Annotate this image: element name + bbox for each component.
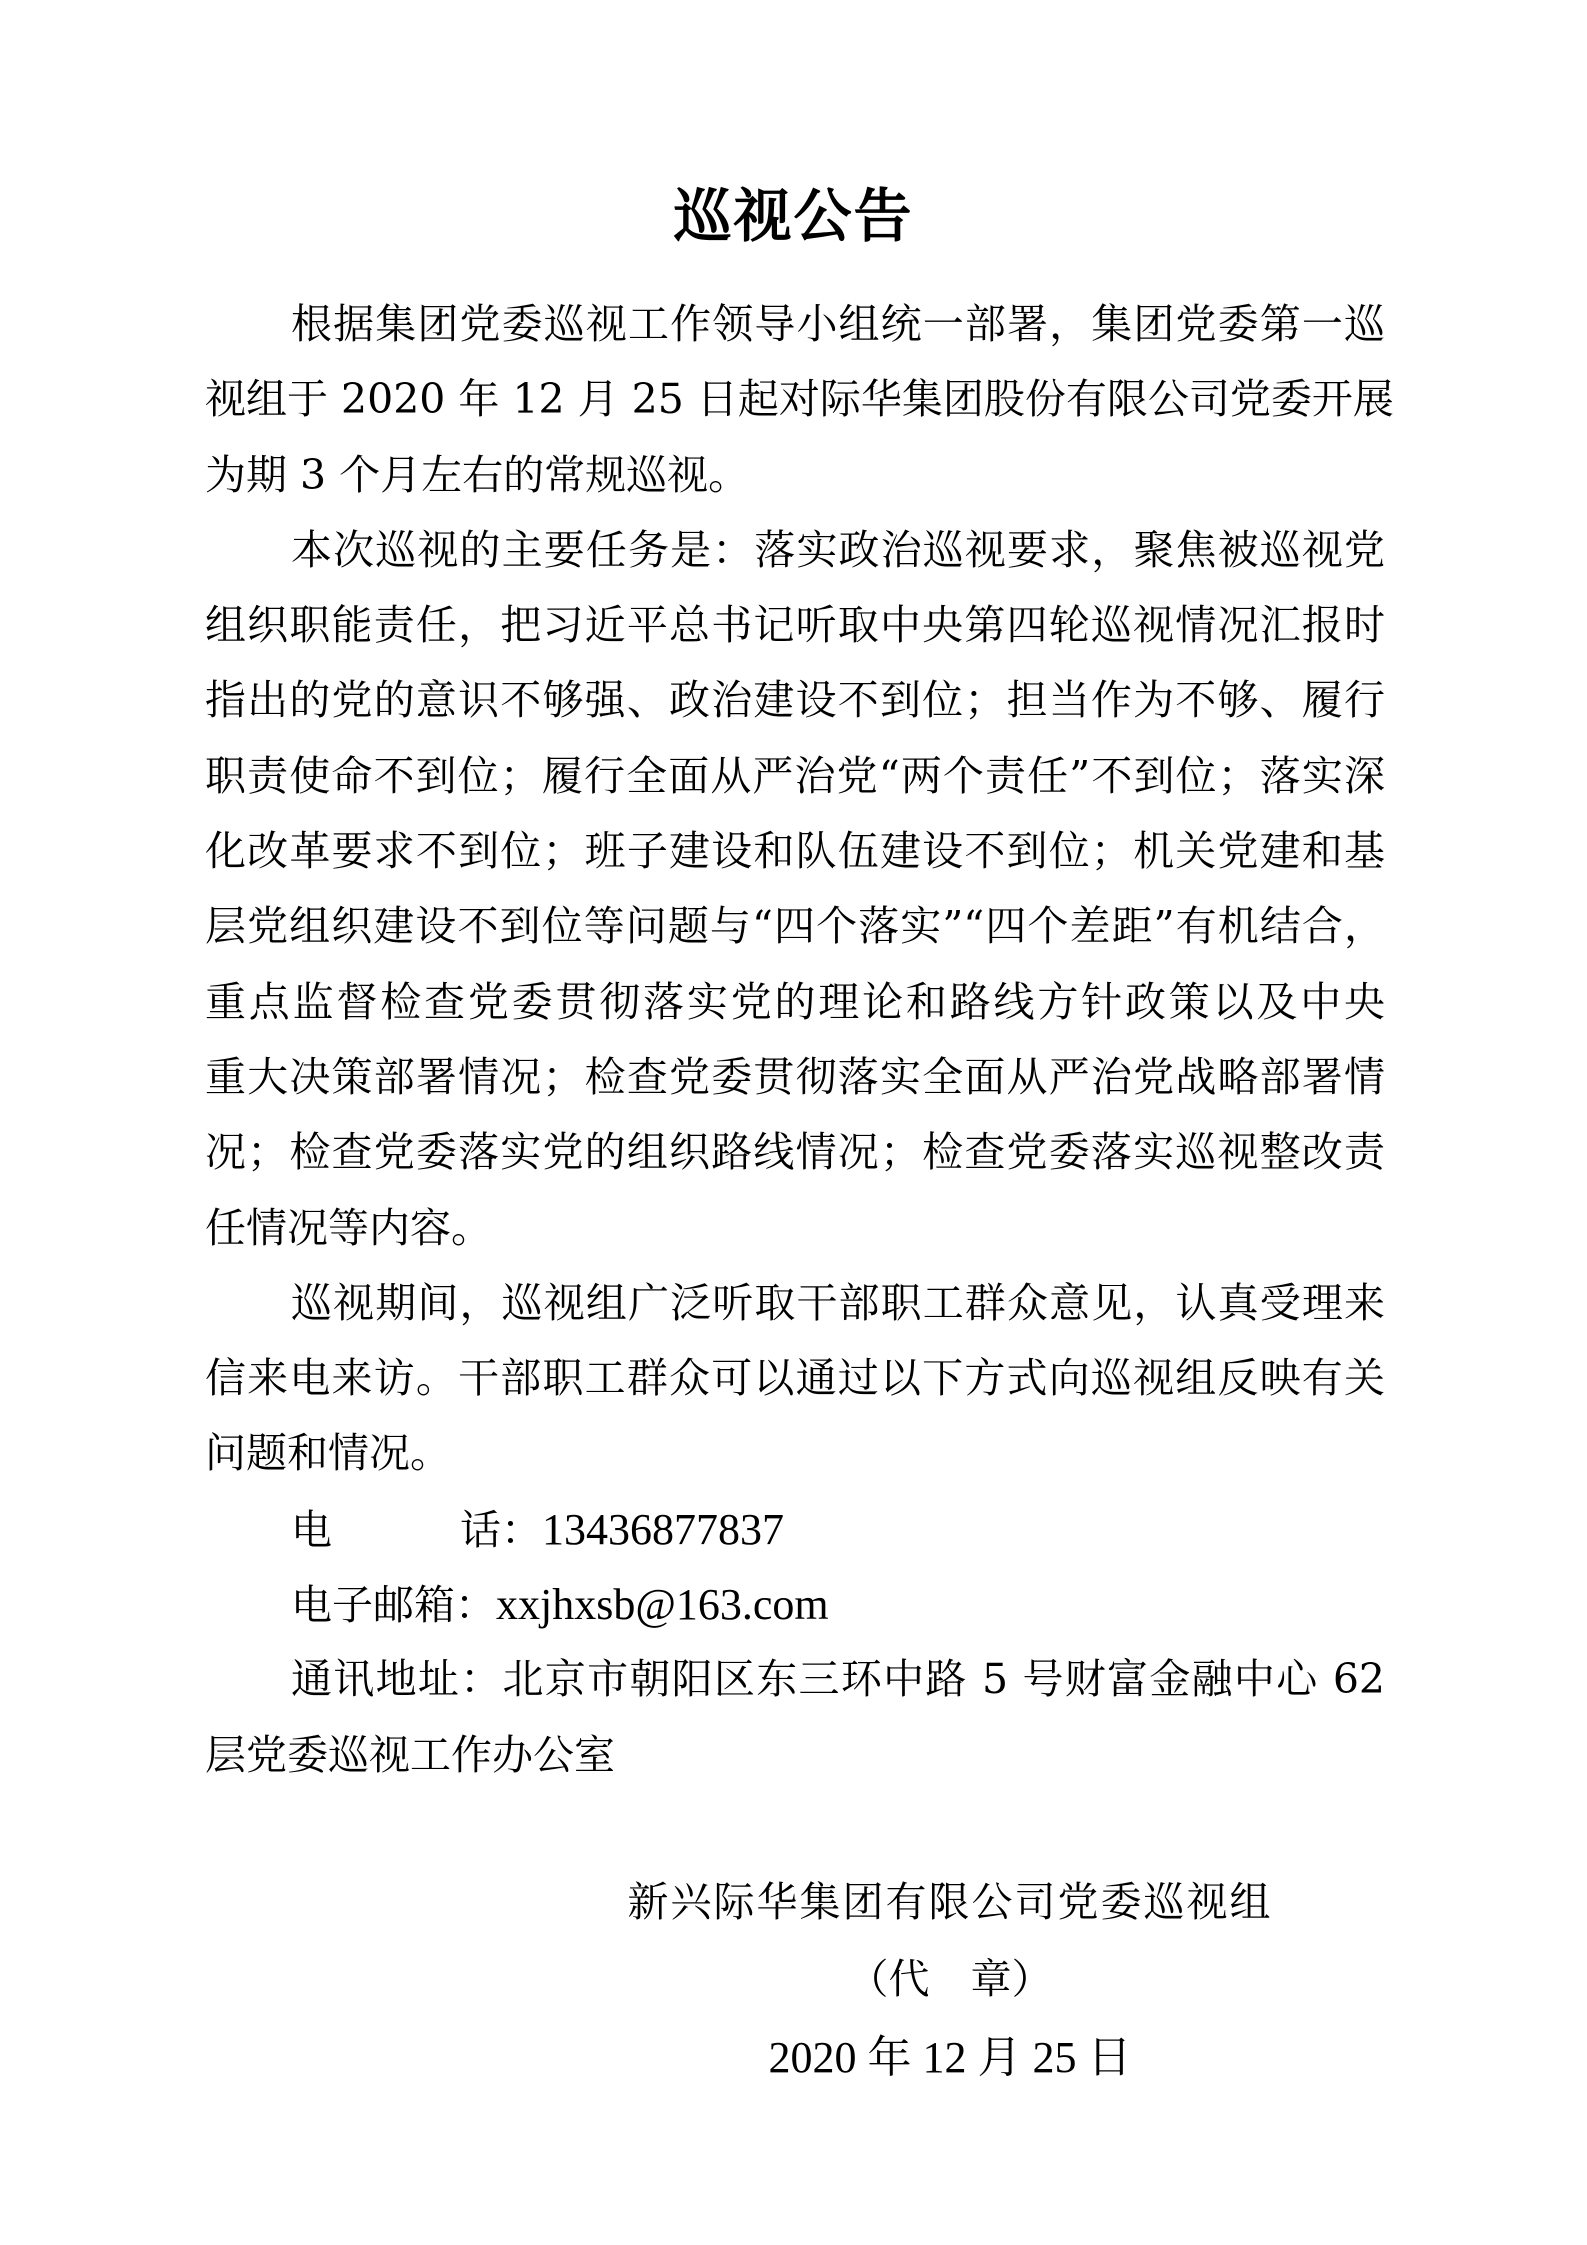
paragraph-3: 巡视期间，巡视组广泛听取干部职工群众意见，认真受理来 信来电来访。干部职工群众可… [205,1266,1385,1492]
phone-separator: ： [501,1506,542,1554]
address-label: 通讯地址 [291,1655,460,1703]
paragraph-line: 职责使命不到位；履行全面从严治党“两个责任”不到位；落实深 [205,739,1385,814]
paragraph-line: 巡视期间，巡视组广泛听取干部职工群众意见，认真受理来 [205,1266,1385,1341]
paragraph-line: 信来电来访。干部职工群众可以通过以下方式向巡视组反映有关 [205,1341,1385,1416]
signature-date: 2020 年 12 月 25 日 [0,2020,1587,2095]
email-separator: ： [455,1581,496,1629]
paragraph-line: 为期 3 个月左右的常规巡视。 [205,438,1385,513]
contact-phone: 电话：13436877837 [205,1492,1385,1567]
contact-address-continued: 层党委巡视工作办公室 [205,1718,1385,1793]
contact-email: 电子邮箱：xxjhxsb@163.com [205,1567,1385,1642]
paragraph-1: 根据集团党委巡视工作领导小组统一部署，集团党委第一巡 视组于 2020 年 12… [205,287,1385,513]
signature-seal: （代 章） [0,1942,1587,2017]
paragraph-line: 任情况等内容。 [205,1191,1385,1266]
paragraph-line: 指出的党的意识不够强、政治建设不到位；担当作为不够、履行 [205,663,1385,738]
address-value-line1: 北京市朝阳区东三环中路 5 号财富金融中心 62 [502,1655,1385,1703]
paragraph-line: 根据集团党委巡视工作领导小组统一部署，集团党委第一巡 [205,287,1385,362]
phone-label: 电话 [291,1493,501,1568]
paragraph-line: 视组于 2020 年 12 月 25 日起对际华集团股份有限公司党委开展 [205,362,1385,437]
email-address: xxjhxsb@163.com [496,1580,829,1629]
document-page: 巡视公告 根据集团党委巡视工作领导小组统一部署，集团党委第一巡 视组于 2020… [0,0,1587,2245]
contact-address: 通讯地址：北京市朝阳区东三环中路 5 号财富金融中心 62 [205,1642,1385,1717]
paragraph-line: 重大决策部署情况；检查党委贯彻落实全面从严治党战略部署情 [205,1040,1385,1115]
document-body: 根据集团党委巡视工作领导小组统一部署，集团党委第一巡 视组于 2020 年 12… [205,287,1385,1793]
paragraph-line: 重点监督检查党委贯彻落实党的理论和路线方针政策以及中央 [205,965,1385,1040]
paragraph-line: 组织职能责任，把习近平总书记听取中央第四轮巡视情况汇报时 [205,588,1385,663]
paragraph-line: 化改革要求不到位；班子建设和队伍建设不到位；机关党建和基 [205,814,1385,889]
paragraph-line: 本次巡视的主要任务是：落实政治巡视要求，聚焦被巡视党 [205,513,1385,588]
address-separator: ： [460,1655,502,1703]
phone-number: 13436877837 [542,1505,784,1554]
paragraph-line: 问题和情况。 [205,1416,1385,1491]
signature-organization: 新兴际华集团有限公司党委巡视组 [0,1865,1587,1940]
page-title: 巡视公告 [0,176,1587,256]
paragraph-line: 层党组织建设不到位等问题与“四个落实”“四个差距”有机结合， [205,889,1385,964]
paragraph-line: 况；检查党委落实党的组织路线情况；检查党委落实巡视整改责 [205,1115,1385,1190]
email-label: 电子邮箱 [291,1581,455,1629]
paragraph-2: 本次巡视的主要任务是：落实政治巡视要求，聚焦被巡视党 组织职能责任，把习近平总书… [205,513,1385,1266]
